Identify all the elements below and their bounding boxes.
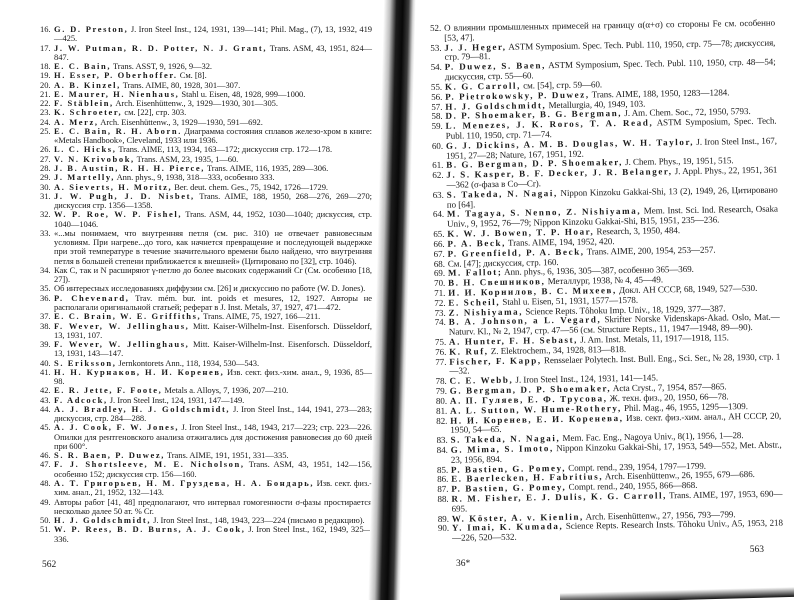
reference-number: 52.	[430, 24, 444, 34]
reference-number: 59.	[432, 122, 446, 132]
reference-authors: Fischer, F. Kapp,	[449, 355, 542, 366]
reference-authors: S. Takeda, N. Nagai,	[447, 188, 558, 200]
reference-number: 84.	[437, 446, 451, 456]
reference-number: 16.	[40, 25, 54, 34]
reference-number: 48.	[40, 479, 54, 488]
reference-number: 54.	[431, 63, 445, 73]
reference-number: 51.	[40, 525, 54, 534]
reference-authors: W. P. Rees, B. D. Burns, A. J. Cook,	[54, 524, 245, 534]
page-number-right: 563	[750, 545, 764, 555]
reference-entry: 36.P. Chevenard, Trav. mém. bur. int. po…	[40, 294, 372, 313]
reference-entry: 38.F. Wever, W. Jellinghaus, Mitt. Kaise…	[40, 322, 372, 341]
reference-number: 34.	[40, 266, 54, 275]
signature-mark: 36*	[456, 559, 470, 569]
reference-authors: G. Mima, S. Imoto,	[451, 443, 554, 455]
reference-number: 90.	[438, 524, 452, 534]
reference-citation: Докл. АН СССР, 68, 1949, 527—530.	[617, 283, 758, 295]
page-number-left: 562	[42, 560, 56, 570]
reference-authors: J. S. Kasper, B. F. Decker, J. R. Belang…	[446, 166, 672, 180]
reference-entry: 31.J. W. Pugh, J. D. Nisbet, Trans. AIME…	[40, 192, 372, 211]
reference-number: 88.	[437, 495, 451, 505]
reference-number: 44.	[40, 405, 54, 414]
reference-number: 31.	[40, 192, 54, 201]
reference-authors: Н. И. Коренев, Е. И. Коренева,	[450, 413, 623, 426]
reference-authors: J. W. Putman, R. D. Potter, N. J. Grant,	[54, 43, 267, 53]
left-page: 16.G. D. Preston, J. Iron Steel Inst., 1…	[0, 0, 386, 600]
reference-number: 82.	[436, 416, 450, 426]
reference-entry: 32.W. P. Roe, W. P. Fishel, Trans. ASM, …	[40, 210, 372, 229]
reference-number: 17.	[40, 44, 54, 53]
reference-number: 63.	[433, 191, 447, 201]
reference-authors: Н. Н. Курнаков, Н. И. Коренев,	[54, 367, 224, 377]
reference-number: 45.	[40, 423, 54, 432]
reference-entry: 45.A. J. Cook, F. W. Jones, J. Iron Stee…	[40, 423, 372, 451]
reference-number: 41.	[40, 368, 54, 377]
reference-citation: Как C, так и N расширяют γ-петлю до боле…	[54, 265, 372, 284]
reference-number: 36.	[40, 294, 54, 303]
reference-entry: 41.Н. Н. Курнаков, Н. И. Коренев, Изв. с…	[40, 368, 372, 387]
reference-entry: 47.F. J. Shortsleeve, M. E. Nicholson, T…	[40, 460, 372, 479]
reference-citation: Trans. AIME, 200, 1954, 253—257.	[585, 244, 716, 256]
reference-entry: 17.J. W. Putman, R. D. Potter, N. J. Gra…	[40, 44, 372, 63]
reference-citation: Авторы работ [41, 48] предполагают, что …	[54, 497, 372, 516]
reference-authors: R. M. Fisher, E. J. Dulis, K. G. Carroll…	[451, 490, 667, 503]
reference-number: 33.	[40, 229, 54, 238]
reference-citation: Trans. AIME, 188, 1950, 1283—1284.	[590, 87, 730, 99]
reference-entry: 16.G. D. Preston, J. Iron Steel Inst., 1…	[40, 25, 372, 44]
reference-number: 25.	[40, 127, 54, 136]
right-page: 52.О влиянии промышленных примесей на гр…	[408, 0, 794, 600]
reference-entry: 90.Y. Imai, K. Kumada, Science Repts. Re…	[438, 519, 783, 544]
reference-number: 47.	[40, 460, 54, 469]
reference-number: 60.	[432, 142, 446, 152]
reference-list-left: 16.G. D. Preston, J. Iron Steel Inst., 1…	[40, 25, 372, 544]
reference-citation: «...мы понимаем, что внутренняя петля (с…	[54, 228, 372, 266]
reference-number: 77.	[435, 357, 449, 367]
reference-list-right: 52.О влиянии промышленных примесей на гр…	[430, 19, 783, 544]
reference-entry: 49.Авторы работ [41, 48] предполагают, ч…	[40, 498, 372, 517]
reference-number: 49.	[40, 498, 54, 507]
reference-number: 32.	[40, 210, 54, 219]
reference-number: 38.	[40, 322, 54, 331]
reference-entry: 33.«...мы понимаем, что внутренняя петля…	[40, 229, 372, 266]
reference-number: 53.	[430, 43, 444, 53]
reference-number: 62.	[432, 171, 446, 181]
book-spread: 16.G. D. Preston, J. Iron Steel Inst., 1…	[0, 0, 794, 600]
reference-citation: Research, 3, 1950, 484.	[594, 225, 680, 236]
reference-citation: J. Am. Inst. Metals, 11, 1917—1918, 115.	[578, 332, 729, 344]
reference-number: 74.	[435, 318, 449, 328]
reference-entry: 44.A. J. Bradley, H. J. Goldschmidt, J. …	[40, 405, 372, 424]
reference-entry: 34.Как C, так и N расширяют γ-петлю до б…	[40, 266, 372, 285]
reference-entry: 25.E. C. Bain, R. H. Aborn. Диаграмма со…	[40, 127, 372, 146]
reference-entry: 51.W. P. Rees, B. D. Burns, A. J. Cook, …	[40, 525, 372, 544]
reference-number: 39.	[40, 340, 54, 349]
reference-entry: 48.А. Т. Григорьев, Н. М. Груздева, Н. А…	[40, 479, 372, 498]
reference-entry: 39.F. Wever, W. Jellinghaus, Mitt. Kaise…	[40, 340, 372, 359]
reference-number: 64.	[433, 210, 447, 220]
